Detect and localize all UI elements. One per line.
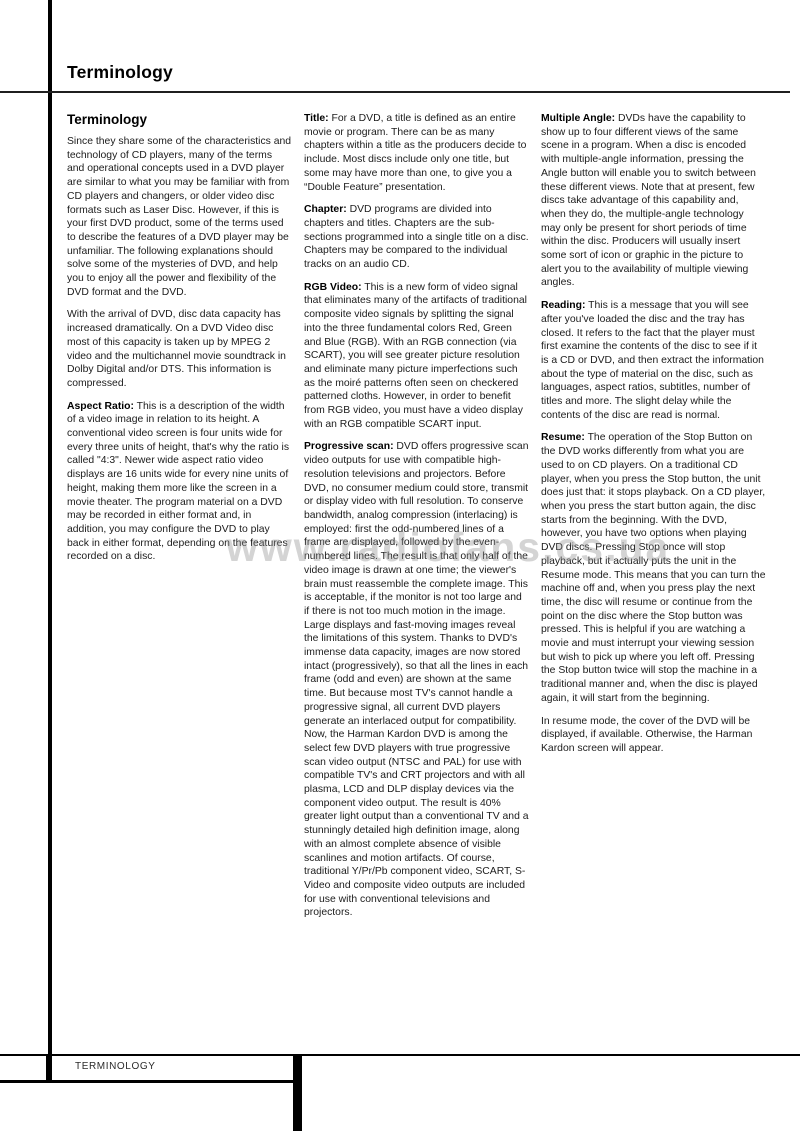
paragraph-text: DVD offers progressive scan video output… [304, 441, 529, 918]
term-label: Resume: [541, 432, 585, 443]
content-columns: TerminologySince they share some of the … [67, 112, 767, 929]
paragraph-text: This is a message that you will see afte… [541, 300, 764, 421]
paragraph: With the arrival of DVD, disc data capac… [67, 308, 292, 390]
term-label: Reading: [541, 300, 585, 311]
footer-left-rule [46, 1054, 52, 1083]
paragraph-text: Since they share some of the characteris… [67, 136, 291, 298]
paragraph-text: The operation of the Stop Button on the … [541, 432, 765, 703]
paragraph-text: DVDs have the capability to show up to f… [541, 113, 756, 288]
paragraph: Chapter: DVD programs are divided into c… [304, 203, 529, 272]
footer-rule-top [0, 1054, 800, 1056]
paragraph: RGB Video: This is a new form of video s… [304, 281, 529, 432]
footer-label: TERMINOLOGY [75, 1061, 156, 1072]
term-label: Multiple Angle: [541, 113, 615, 124]
text-column-3: Multiple Angle: DVDs have the capability… [541, 112, 766, 929]
term-label: Progressive scan: [304, 441, 394, 452]
paragraph: Since they share some of the characteris… [67, 135, 292, 299]
term-label: Chapter: [304, 204, 347, 215]
paragraph-text: This is a new form of video signal that … [304, 282, 527, 430]
term-label: Aspect Ratio: [67, 401, 134, 412]
paragraph-text: With the arrival of DVD, disc data capac… [67, 309, 286, 389]
page-title: Terminology [67, 62, 173, 83]
paragraph: Reading: This is a message that you will… [541, 299, 766, 422]
paragraph-text: In resume mode, the cover of the DVD wil… [541, 716, 752, 754]
header-rule [0, 91, 790, 93]
footer-rule-bottom [0, 1080, 295, 1083]
paragraph: Aspect Ratio: This is a description of t… [67, 400, 292, 564]
paragraph: Resume: The operation of the Stop Button… [541, 431, 766, 705]
manual-page: Terminology www.radiofans.cs.ua Terminol… [0, 0, 800, 1131]
paragraph: In resume mode, the cover of the DVD wil… [541, 715, 766, 756]
footer-tab-bar [293, 1054, 302, 1131]
paragraph: Multiple Angle: DVDs have the capability… [541, 112, 766, 290]
term-label: Title: [304, 113, 329, 124]
paragraph-text: This is a description of the width of a … [67, 401, 289, 563]
term-label: RGB Video: [304, 282, 362, 293]
text-column-1: TerminologySince they share some of the … [67, 112, 292, 929]
column-heading: Terminology [67, 112, 292, 128]
paragraph: Title: For a DVD, a title is defined as … [304, 112, 529, 194]
paragraph: Progressive scan: DVD offers progressive… [304, 440, 529, 920]
left-margin-rule [48, 0, 52, 1083]
text-column-2: Title: For a DVD, a title is defined as … [304, 112, 529, 929]
paragraph-text: For a DVD, a title is defined as an enti… [304, 113, 526, 193]
